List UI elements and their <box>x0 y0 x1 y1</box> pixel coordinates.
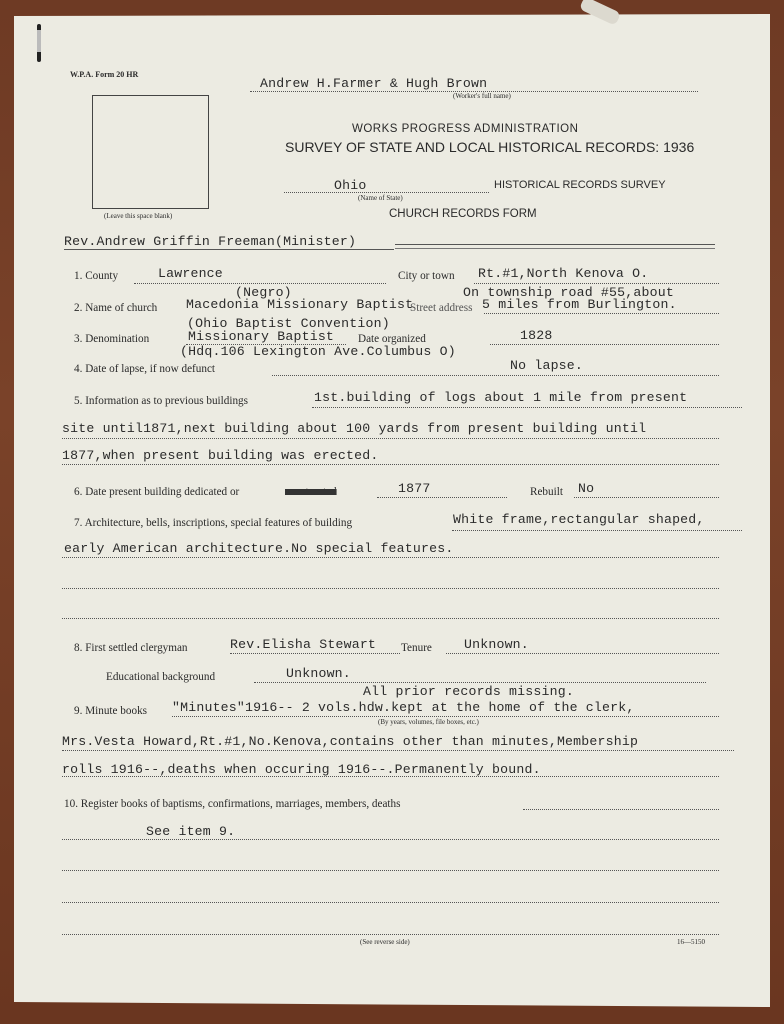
register-books-value: See item 9. <box>146 824 235 839</box>
city-value: Rt.#1,North Kenova O. <box>478 266 648 281</box>
education-value: Unknown. <box>286 666 351 681</box>
church-name-label: 2. Name of church <box>74 302 157 314</box>
county-value: Lawrence <box>158 266 223 281</box>
dedicated-label: 6. Date present building dedicated or <box>74 486 239 498</box>
form-number: W.P.A. Form 20 HR <box>70 70 138 79</box>
lapse-label: 4. Date of lapse, if now defunct <box>74 363 215 375</box>
lapse-value: No lapse. <box>510 358 583 373</box>
worker-caption: (Worker's full name) <box>453 92 511 100</box>
clergyman-value: Rev.Elisha Stewart <box>230 637 376 652</box>
staple <box>37 24 41 62</box>
date-organized-value: 1828 <box>520 328 552 343</box>
agency-title: WORKS PROGRESS ADMINISTRATION <box>352 123 578 135</box>
rebuilt-label: Rebuilt <box>530 486 563 498</box>
print-code: 16—5150 <box>677 938 705 946</box>
survey-title: SURVEY OF STATE AND LOCAL HISTORICAL REC… <box>285 139 694 155</box>
architecture-line1: White frame,rectangular shaped, <box>453 512 705 527</box>
street-address-label: Street address <box>410 302 472 314</box>
struck-word: constructed <box>285 486 337 498</box>
blank-box-caption: (Leave this space blank) <box>104 212 172 220</box>
previous-buildings-line1: 1st.building of logs about 1 mile from p… <box>314 390 687 405</box>
tenure-label: Tenure <box>401 642 432 654</box>
architecture-line2: early American architecture.No special f… <box>64 541 453 556</box>
see-reverse-note: (See reverse side) <box>360 938 410 946</box>
previous-buildings-label: 5. Information as to previous buildings <box>74 395 248 407</box>
denomination-note: (Hdq.106 Lexington Ave.Columbus O) <box>180 344 456 359</box>
minute-books-line3: rolls 1916--,deaths when occuring 1916--… <box>62 762 541 777</box>
church-name-value: Macedonia Missionary Baptist <box>186 297 413 312</box>
state-caption: (Name of State) <box>358 194 403 202</box>
form-title: CHURCH RECORDS FORM <box>389 208 537 220</box>
minute-books-line2: Mrs.Vesta Howard,Rt.#1,No.Kenova,contain… <box>62 734 638 749</box>
minute-books-caption: (By years, volumes, file boxes, etc.) <box>378 718 479 726</box>
previous-buildings-line2: site until1871,next building about 100 y… <box>62 421 646 436</box>
minute-books-note: All prior records missing. <box>363 684 574 699</box>
blank-box <box>92 95 209 209</box>
minute-books-label: 9. Minute books <box>74 705 147 717</box>
city-label: City or town <box>398 270 455 282</box>
dedicated-value: 1877 <box>398 481 430 496</box>
state-name: Ohio <box>334 178 366 193</box>
worker-name: Andrew H.Farmer & Hugh Brown <box>260 76 487 91</box>
education-label: Educational background <box>106 671 215 683</box>
previous-buildings-line3: 1877,when present building was erected. <box>62 448 378 463</box>
register-books-label: 10. Register books of baptisms, confirma… <box>64 798 401 810</box>
tenure-value: Unknown. <box>464 637 529 652</box>
denomination-value: Missionary Baptist <box>188 329 334 344</box>
minute-books-line1: "Minutes"1916-- 2 vols.hdw.kept at the h… <box>172 700 635 715</box>
county-label: 1. County <box>74 270 118 282</box>
minister-line: Rev.Andrew Griffin Freeman(Minister) <box>64 234 356 249</box>
clergyman-label: 8. First settled clergyman <box>74 642 188 654</box>
architecture-label: 7. Architecture, bells, inscriptions, sp… <box>74 517 352 529</box>
state-survey-label: HISTORICAL RECORDS SURVEY <box>494 179 666 191</box>
street-address-line2: 5 miles from Burlington. <box>482 297 677 312</box>
denomination-label: 3. Denomination <box>74 333 149 345</box>
rebuilt-value: No <box>578 481 594 496</box>
